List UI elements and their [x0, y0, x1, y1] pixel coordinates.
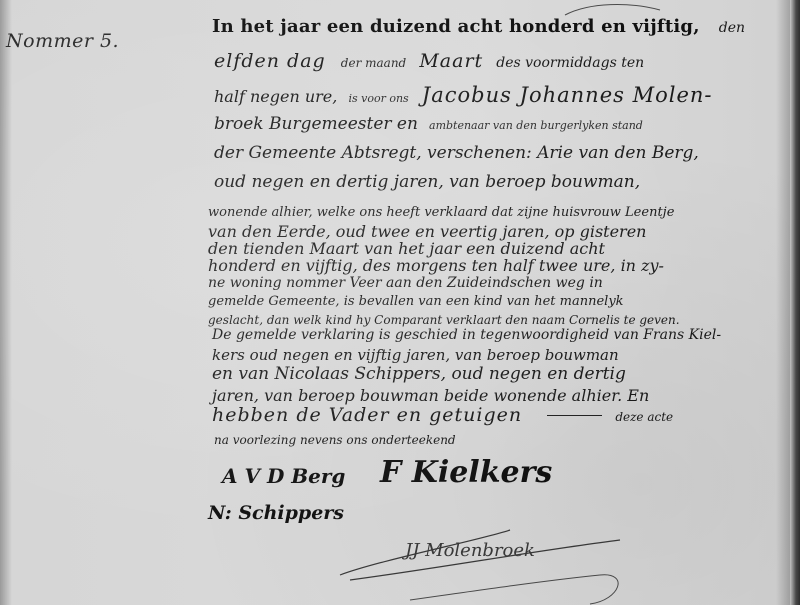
signature-witness-2: N: Schippers [208, 502, 344, 524]
handwritten-day: elfden dag [214, 50, 326, 72]
handwritten-text: des voormiddags ten [496, 55, 644, 71]
entry-number: Nommer 5. [6, 30, 119, 52]
record-line-5: der Gemeente Abtsregt, verschenen: Arie … [214, 143, 699, 163]
record-line-10: honderd en vijftig, des morgens ten half… [208, 256, 664, 275]
record-line-11: ne woning nommer Veer aan den Zuideindsc… [208, 275, 603, 291]
record-line-14: De gemelde verklaring is geschied in teg… [212, 327, 721, 343]
handwritten-text: broek Burgemeester en [214, 114, 418, 134]
record-line-15: kers oud negen en vijftig jaren, van ber… [212, 346, 619, 364]
page-edge-shadow [790, 0, 800, 605]
record-line-12: gemelde Gemeente, is bevallen van een ki… [208, 294, 624, 309]
signature-witness-1: F Kielkers [380, 455, 552, 490]
record-line-2: elfden dag der maand Maart des voormidda… [214, 50, 644, 72]
record-line-19: na voorlezing nevens ons onderteekend [214, 433, 456, 447]
handwritten-month: Maart [419, 50, 483, 72]
signature-mayor: JJ Molenbroek [405, 540, 535, 561]
handwritten-text: den [719, 20, 745, 36]
printed-heading: In het jaar een duizend acht honderd en … [212, 16, 700, 37]
record-line-18: hebben de Vader en getuigen deze acte [212, 404, 673, 426]
handwritten-text: hebben de Vader en getuigen [212, 404, 522, 426]
record-line-1: In het jaar een duizend acht honderd en … [212, 16, 745, 37]
printed-text: is voor ons [348, 92, 408, 105]
handwritten-time: half negen ure, [214, 87, 337, 106]
record-line-13: geslacht, dan welk kind hy Comparant ver… [208, 313, 680, 327]
printed-text: der maand [341, 56, 406, 70]
record-line-17: jaren, van beroep bouwman beide wonende … [212, 386, 649, 405]
record-line-6: oud negen en dertig jaren, van beroep bo… [214, 172, 640, 192]
record-line-3: half negen ure, is voor ons Jacobus Joha… [214, 83, 713, 107]
handwritten-text: deze acte [615, 410, 673, 424]
record-line-7: wonende alhier, welke ons heeft verklaar… [208, 205, 674, 220]
signature-flourish-icon [320, 520, 640, 605]
dash-line [547, 415, 602, 416]
record-line-16: en van Nicolaas Schippers, oud negen en … [212, 364, 626, 384]
handwritten-official-name: Jacobus Johannes Molen- [422, 83, 713, 107]
scanned-register-page: Nommer 5. In het jaar een duizend acht h… [0, 0, 800, 605]
signature-father: A V D Berg [222, 464, 345, 488]
printed-text: ambtenaar van den burgerlyken stand [429, 119, 643, 132]
record-line-4: broek Burgemeester en ambtenaar van den … [214, 114, 643, 134]
